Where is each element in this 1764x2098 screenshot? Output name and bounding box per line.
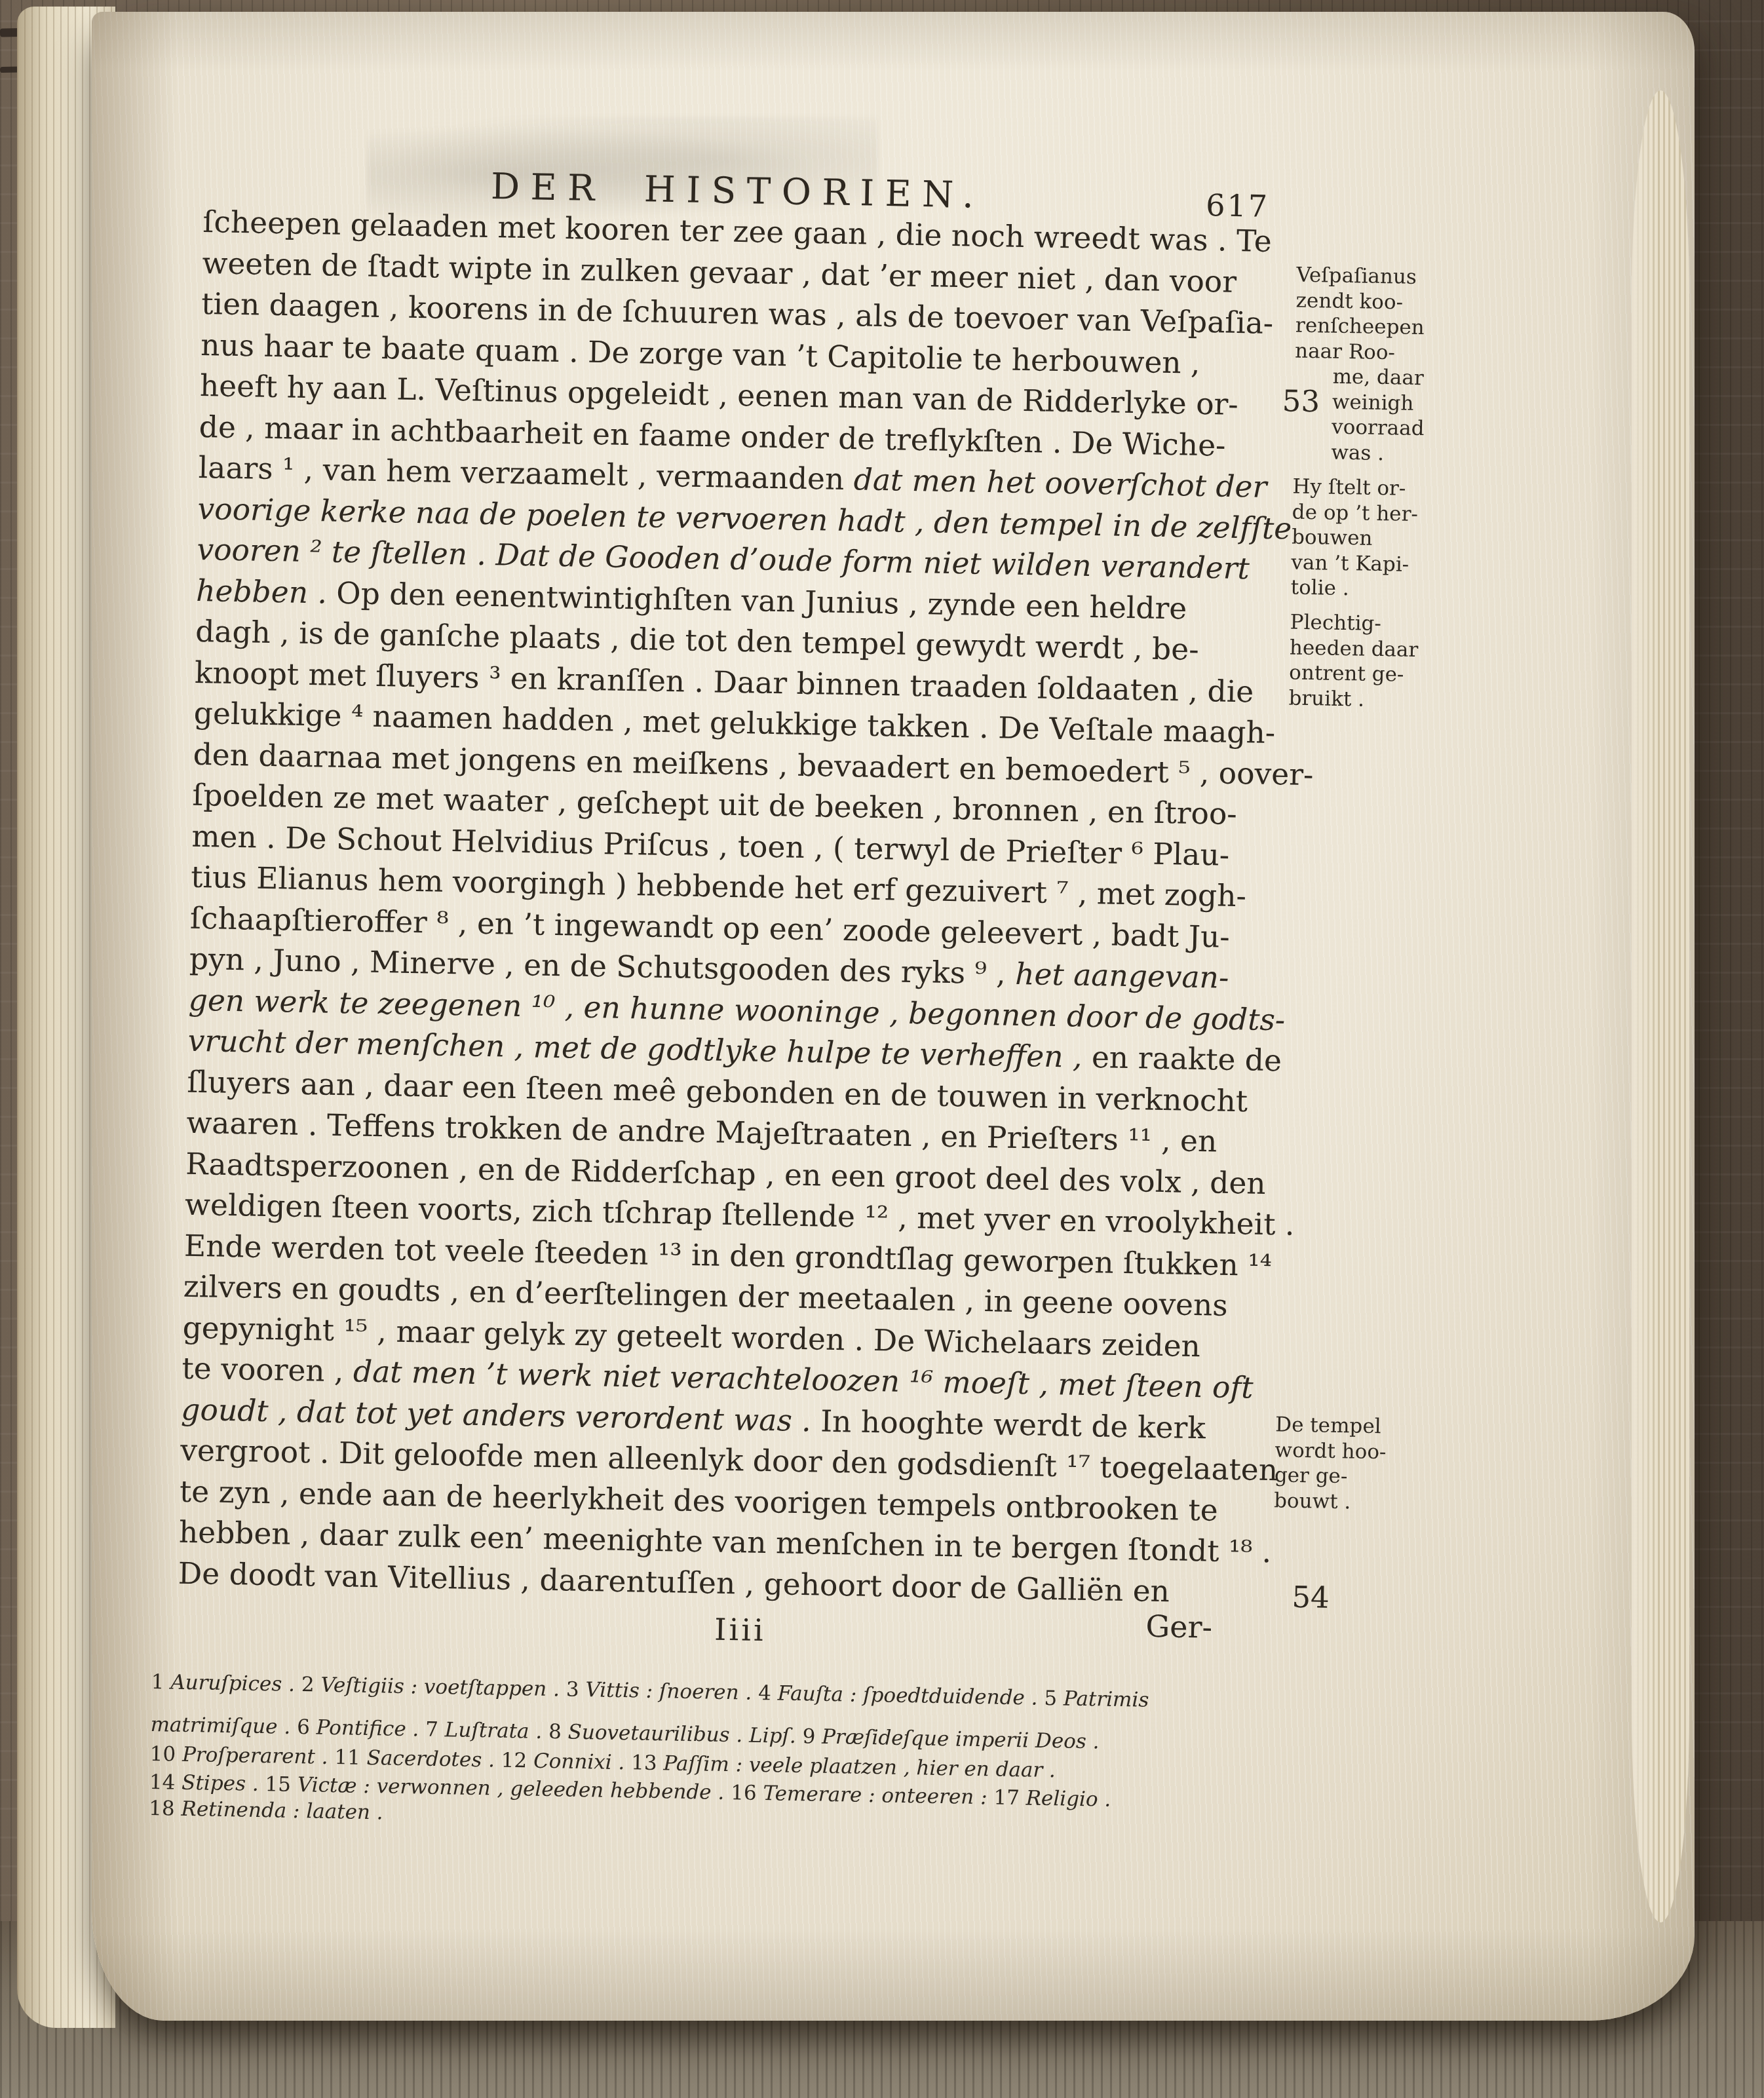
italic-text-segment: Patrimis — [1064, 1687, 1149, 1711]
italic-text-segment: Connixi . — [533, 1749, 625, 1775]
footnote-line: 18 Retinenda : laaten . — [149, 1797, 383, 1825]
text-segment: 9 — [796, 1725, 822, 1749]
footnotes: 1 Auruſpices . 2 Veſtigiis : voetſtappen… — [58, 10, 1698, 2048]
italic-text-segment: Religio . — [1026, 1786, 1111, 1811]
text-segment: 6 — [290, 1715, 316, 1740]
photo-of-book-on-table: { "page": { "header": { "title": "DER HI… — [0, 0, 1764, 2098]
italic-text-segment: Temerare : onteeren : — [763, 1782, 987, 1809]
italic-text-segment: Suovetaurilibus . Lipſ. — [567, 1721, 796, 1748]
text-segment: 3 — [560, 1677, 586, 1702]
text-segment: 18 — [149, 1797, 182, 1821]
italic-text-segment: Auruſpices . — [170, 1670, 295, 1696]
text-segment: 7 — [419, 1717, 445, 1742]
text-segment: 8 — [542, 1720, 568, 1744]
text-segment: 11 — [328, 1745, 367, 1770]
text-segment: 12 — [495, 1749, 534, 1773]
italic-text-segment: Præſideſque imperii Deos . — [822, 1725, 1100, 1754]
italic-text-segment: matrimiſque . — [150, 1713, 290, 1739]
italic-text-segment: Luſtrata . — [444, 1718, 542, 1744]
text-segment: 5 — [1037, 1687, 1064, 1711]
page-text-layer: DER HISTORIEN. 617 ſcheepen gelaaden met… — [58, 10, 1698, 2048]
italic-text-segment: Retinenda : laaten . — [181, 1797, 383, 1825]
text-segment: 2 — [295, 1673, 321, 1697]
text-segment: 15 — [258, 1772, 297, 1797]
text-segment: 13 — [624, 1751, 664, 1775]
italic-text-segment: Proſperarent . — [182, 1743, 328, 1769]
italic-text-segment: Vittis : ſnoeren . — [585, 1678, 752, 1705]
italic-text-segment: Paſſim : veele plaatzen , hier en daar . — [663, 1751, 1056, 1782]
text-segment: 1 — [151, 1670, 170, 1694]
text-segment: 16 — [724, 1781, 763, 1805]
text-segment: 10 — [149, 1742, 182, 1766]
footnote-line: 1 Auruſpices . 2 Veſtigiis : voetſtappen… — [151, 1670, 1149, 1712]
book-page: DER HISTORIEN. 617 ſcheepen gelaaden met… — [92, 12, 1695, 2021]
text-segment: 14 — [149, 1770, 182, 1795]
italic-text-segment: Veſtigiis : voetſtappen . — [320, 1673, 560, 1702]
italic-text-segment: Stipes . — [182, 1771, 259, 1796]
italic-text-segment: Fauſta : ſpoedtduidende . — [777, 1681, 1037, 1709]
text-segment: 4 — [752, 1681, 778, 1706]
italic-text-segment: Victæ : verwonnen , geleeden hebbende . — [297, 1773, 724, 1804]
italic-text-segment: Pontifice . — [316, 1716, 419, 1742]
text-segment: 17 — [987, 1785, 1026, 1810]
italic-text-segment: Sacerdotes . — [366, 1746, 495, 1772]
